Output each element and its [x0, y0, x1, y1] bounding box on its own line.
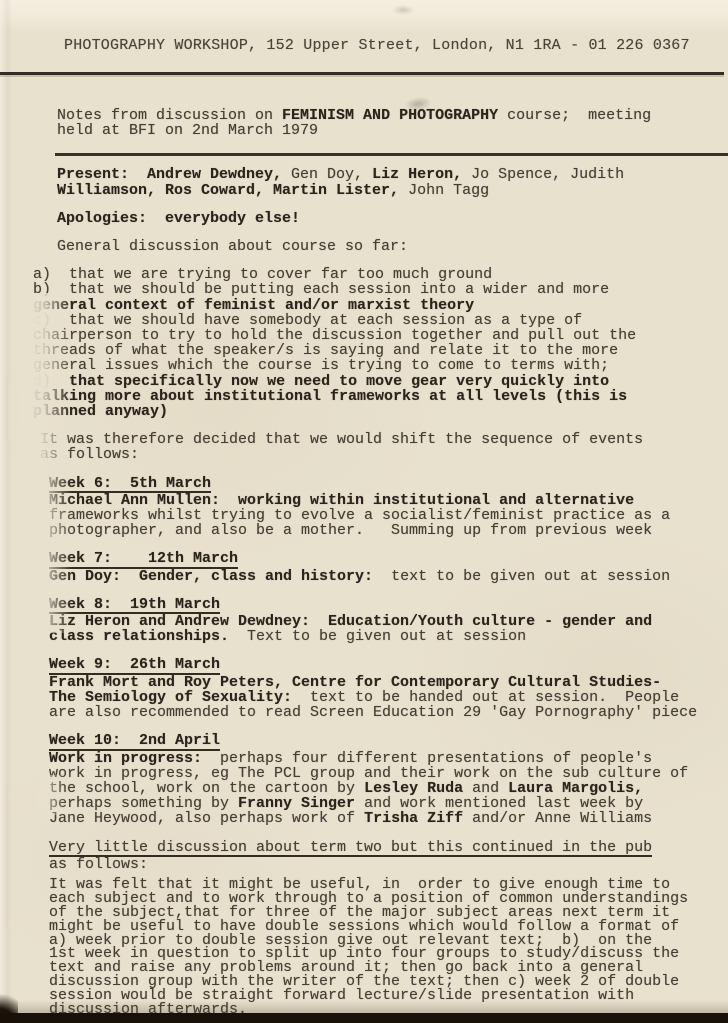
- text-segment: and/or Anne Williams: [463, 810, 652, 827]
- text-line: Gen Doy: Gender, class and history: text…: [49, 569, 728, 584]
- scan-smudge-top: [392, 5, 414, 15]
- text-line: general issues which the course is tryin…: [33, 358, 728, 373]
- section-title: Notes from discussion on FEMINISM AND PH…: [0, 108, 728, 138]
- text-segment: Williamson, Ros Coward, Martin Lister,: [57, 182, 399, 199]
- heading-line: Week 8: 19th March: [49, 597, 728, 614]
- text-line: are also recommended to read Screen Educ…: [49, 705, 728, 720]
- text-line: Notes from discussion on FEMINISM AND PH…: [57, 108, 728, 123]
- text-line: Jane Heywood, also perhaps work of Trish…: [49, 811, 728, 826]
- text-segment: Text to be given out at session: [229, 628, 526, 645]
- text-line: photographer, and also be a mother. Summ…: [49, 523, 728, 538]
- text-line: general context of feminist and/or marxi…: [33, 298, 728, 313]
- section-decision: It was therefore decided that we would s…: [0, 432, 728, 462]
- letterhead-rule: [0, 72, 724, 75]
- section-term-two: Very little discussion about term two bu…: [0, 840, 728, 872]
- scan-top-light-band: [0, 0, 728, 32]
- scanned-page: PHOTOGRAPHY WORKSHOP, 152 Upper Street, …: [0, 0, 728, 1023]
- heading-line: Week 6: 5th March: [49, 476, 728, 493]
- text-line: class relationships. Text to be given ou…: [49, 629, 728, 644]
- text-line: talking more about institutional framewo…: [33, 389, 728, 404]
- text-line: b) that we should be putting each sessio…: [33, 282, 728, 297]
- text-segment: General discussion about course so far:: [57, 238, 408, 255]
- text-segment: are also recommended to read Screen Educ…: [49, 704, 697, 721]
- scan-bottom-shadow: [0, 1000, 728, 1014]
- text-segment: Week 10: 2nd April: [49, 732, 220, 749]
- letterhead: PHOTOGRAPHY WORKSHOP, 152 Upper Street, …: [64, 37, 690, 54]
- text-line: Michael Ann Mullen: working within insti…: [49, 493, 728, 508]
- text-line: chairperson to try to hold the discussio…: [33, 328, 728, 343]
- scan-bottom-band: [0, 1013, 728, 1023]
- text-line: Apologies: everybody else!: [57, 211, 728, 226]
- text-segment: held at BFI on 2nd March 1979: [57, 122, 318, 139]
- section-format: It was felt that it might be useful, in …: [0, 878, 728, 1017]
- text-segment: as follows:: [49, 856, 148, 873]
- text-line: as follows:: [40, 447, 728, 462]
- heading-line: Very little discussion about term two bu…: [49, 840, 728, 857]
- section-week-6: Week 6: 5th MarchMichael Ann Mullen: wor…: [0, 476, 728, 539]
- text-line: Liz Heron and Andrew Dewdney: Education/…: [49, 614, 728, 629]
- heading-line: Week 7: 12th March: [49, 551, 728, 568]
- text-line: work in progress, eg The PCL group and t…: [49, 766, 728, 781]
- section-week-8: Week 8: 19th MarchLiz Heron and Andrew D…: [0, 597, 728, 645]
- document-body: Notes from discussion on FEMINISM AND PH…: [0, 108, 728, 1017]
- toner-fade-artifact: [18, 293, 72, 633]
- text-line: Williamson, Ros Coward, Martin Lister, J…: [57, 183, 728, 198]
- section-general: General discussion about course so far:: [0, 239, 728, 254]
- section-week-9: Week 9: 26th MarchFrank Mort and Roy Pet…: [0, 657, 728, 720]
- text-segment: Gen Doy: Gender, class and history:: [49, 568, 373, 585]
- section-points: a) that we are trying to cover far too m…: [0, 267, 728, 419]
- heading-line: Week 9: 26th March: [49, 657, 728, 674]
- text-segment: text to be given out at session: [373, 568, 670, 585]
- text-line: Present: Andrew Dewdney, Gen Doy, Liz He…: [57, 167, 728, 182]
- text-line: held at BFI on 2nd March 1979: [57, 123, 728, 138]
- text-line: Frank Mort and Roy Peters, Centre for Co…: [49, 675, 728, 690]
- text-segment: Trisha Ziff: [364, 810, 463, 827]
- text-segment: Apologies: everybody else!: [57, 210, 300, 227]
- text-line: General discussion about course so far:: [57, 239, 728, 254]
- section-apologies: Apologies: everybody else!: [0, 211, 728, 226]
- text-segment: Week 8: 19th March: [49, 596, 220, 613]
- text-segment: Week 9: 26th March: [49, 656, 220, 673]
- text-line: planned anyway): [33, 404, 728, 419]
- text-segment: course; meeting: [498, 107, 651, 124]
- text-line: as follows:: [49, 857, 728, 872]
- text-segment: Week 6: 5th March: [49, 475, 211, 492]
- text-segment: Jane Heywood, also perhaps work of: [49, 810, 364, 827]
- heading-line: Week 10: 2nd April: [49, 733, 728, 750]
- text-line: Work in progress: perhaps four different…: [49, 751, 728, 766]
- text-line: The Semiology of Sexuality: text to be h…: [49, 690, 728, 705]
- text-segment: Very little discussion about term two bu…: [49, 839, 652, 856]
- text-segment: class relationships.: [49, 628, 229, 645]
- section-week-10: Week 10: 2nd AprilWork in progress: perh…: [0, 733, 728, 826]
- text-line: It was therefore decided that we would s…: [40, 432, 728, 447]
- text-segment: photographer, and also be a mother. Summ…: [49, 522, 652, 539]
- text-line: the school, work on the cartoon by Lesle…: [49, 781, 728, 796]
- text-line: d) that specifically now we need to move…: [33, 374, 728, 389]
- section-present: Present: Andrew Dewdney, Gen Doy, Liz He…: [0, 167, 728, 197]
- section-week-7: Week 7: 12th MarchGen Doy: Gender, class…: [0, 551, 728, 583]
- text-segment: Week 7: 12th March: [49, 550, 238, 567]
- toner-fade-artifact-small: [38, 775, 66, 815]
- text-line: c) that we should have somebody at each …: [33, 313, 728, 328]
- text-segment: John Tagg: [399, 182, 489, 199]
- text-line: frameworks whilst trying to evolve a soc…: [49, 508, 728, 523]
